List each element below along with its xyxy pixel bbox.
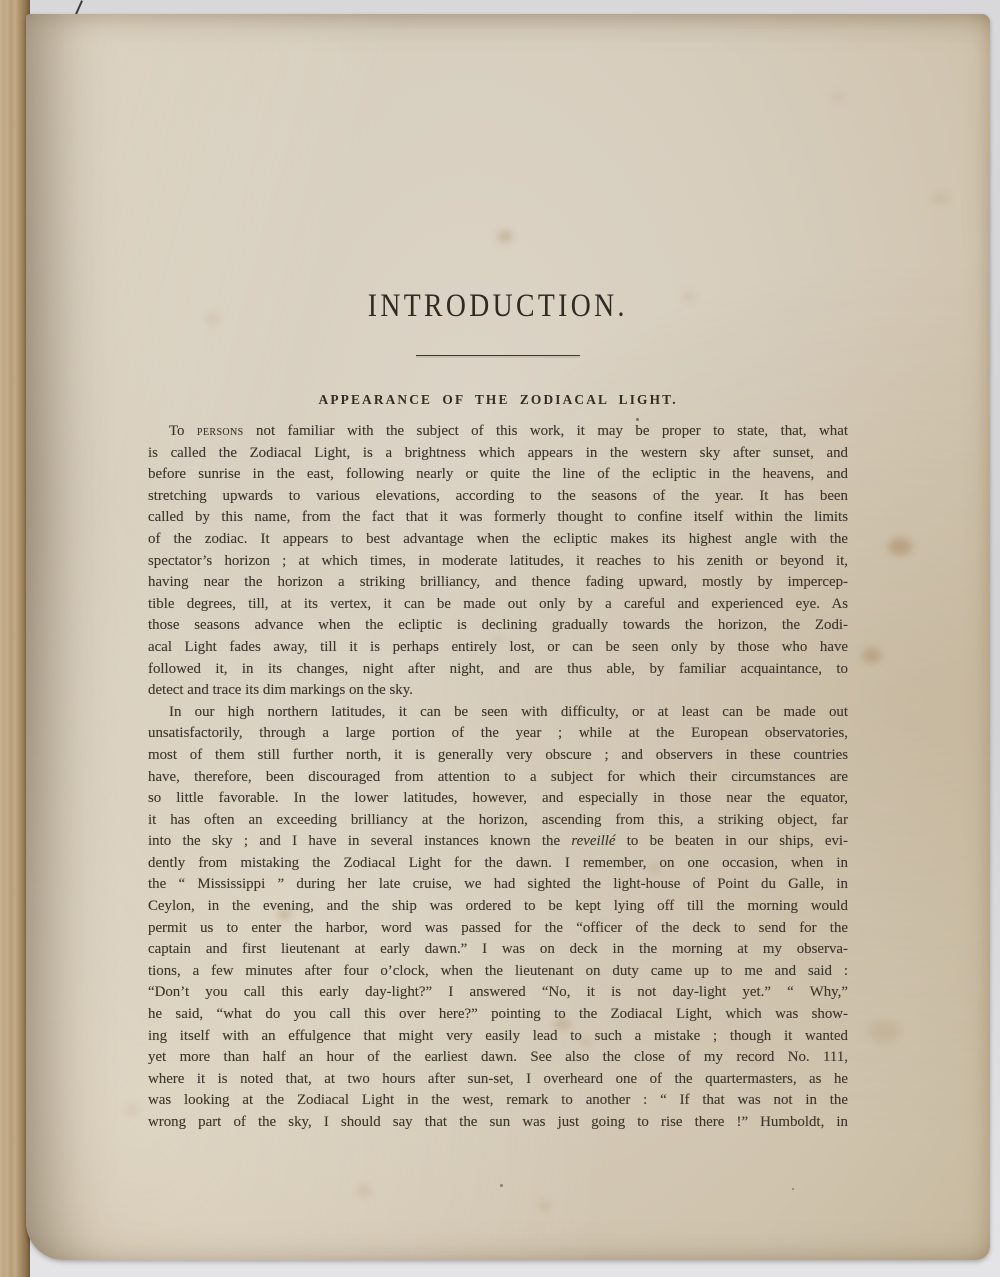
text-line: those seasons advance when the ecliptic … (148, 615, 848, 637)
binding-thread (75, 0, 83, 15)
section-heading-row: APPEARANCE OF THE ZODIACAL LIGHT. (148, 391, 848, 409)
text-line: In our high northern latitudes, it can b… (148, 702, 848, 724)
text-line: most of them still further north, it is … (148, 745, 848, 767)
foxing-spot (862, 648, 881, 663)
text-line: it has often an exceeding brilliancy at … (148, 810, 848, 832)
text-line: “Don’t you call this early day-light?” I… (148, 982, 848, 1004)
foxing-spot (888, 538, 912, 555)
ink-speck (792, 1188, 794, 1190)
text-line: was looking at the Zodiacal Light in the… (148, 1090, 848, 1112)
text-line: tible degrees, till, at its vertex, it c… (148, 594, 848, 616)
text-line: followed it, in its changes, night after… (148, 659, 848, 681)
text-line: dently from mistaking the Zodiacal Light… (148, 853, 848, 875)
foxing-spot (498, 231, 512, 242)
text-run: not familiar with the subject of this wo… (244, 423, 848, 439)
foxing-spot (540, 1202, 549, 1210)
text-line: yet more than half an hour of the earlie… (148, 1047, 848, 1069)
text-line: the “ Mississippi ” during her late crui… (148, 874, 848, 896)
italic-run: reveillé (571, 833, 615, 849)
text-run: into the sky ; and I have in several ins… (148, 833, 571, 849)
text-line: is called the Zodiacal Light, is a brigh… (148, 443, 848, 465)
text-run: to be beaten in our ships, evi- (615, 833, 848, 849)
foxing-spot (832, 92, 845, 102)
photo-background: INTRODUCTION. APPEARANCE OF THE ZODIACAL… (0, 0, 1000, 1277)
book-page: INTRODUCTION. APPEARANCE OF THE ZODIACAL… (26, 14, 990, 1260)
text-line: having near the horizon a striking brill… (148, 572, 848, 594)
text-line: of the zodiac. It appears to best advant… (148, 529, 848, 551)
text-line: into the sky ; and I have in several ins… (148, 831, 848, 853)
text-line: tions, a few minutes after four o’clock,… (148, 961, 848, 983)
text-line: have, therefore, been discouraged from a… (148, 767, 848, 789)
foxing-spot (868, 1020, 900, 1043)
text-line: Ceylon, in the evening, and the ship was… (148, 896, 848, 918)
foxing-spot (358, 1186, 369, 1195)
text-line: before sunrise in the east, following ne… (148, 464, 848, 486)
text-line: where it is noted that, at two hours aft… (148, 1069, 848, 1091)
page-title-row: INTRODUCTION. (148, 288, 848, 325)
text-line: unsatisfactorily, through a large portio… (148, 723, 848, 745)
title-divider (148, 355, 848, 356)
ink-speck (500, 1184, 503, 1187)
text-line: captain and first lieutenant at early da… (148, 939, 848, 961)
page-title: INTRODUCTION. (368, 288, 628, 325)
text-line: spectator’s horizon ; at which times, in… (148, 551, 848, 573)
body-text: To persons not familiar with the subject… (148, 421, 848, 1134)
text-line: detect and trace its dim markings on the… (148, 680, 848, 702)
section-heading: APPEARANCE OF THE ZODIACAL LIGHT. (318, 392, 677, 408)
text-line: so little favorable. In the lower latitu… (148, 788, 848, 810)
text-line: acal Light fades away, till it is perhap… (148, 637, 848, 659)
text-run: To (169, 423, 197, 439)
foxing-spot (932, 192, 949, 204)
text-line: permit us to enter the harbor, word was … (148, 918, 848, 940)
text-line: stretching upwards to various elevations… (148, 486, 848, 508)
text-line: ing itself with an effulgence that might… (148, 1026, 848, 1048)
text-line: wrong part of the sky, I should say that… (148, 1112, 848, 1134)
small-caps-run: persons (197, 423, 244, 439)
text-line: he said, “what do you call this over her… (148, 1004, 848, 1026)
text-line: To persons not familiar with the subject… (148, 421, 848, 443)
foxing-spot (124, 1104, 139, 1115)
text-line: called by this name, from the fact that … (148, 507, 848, 529)
